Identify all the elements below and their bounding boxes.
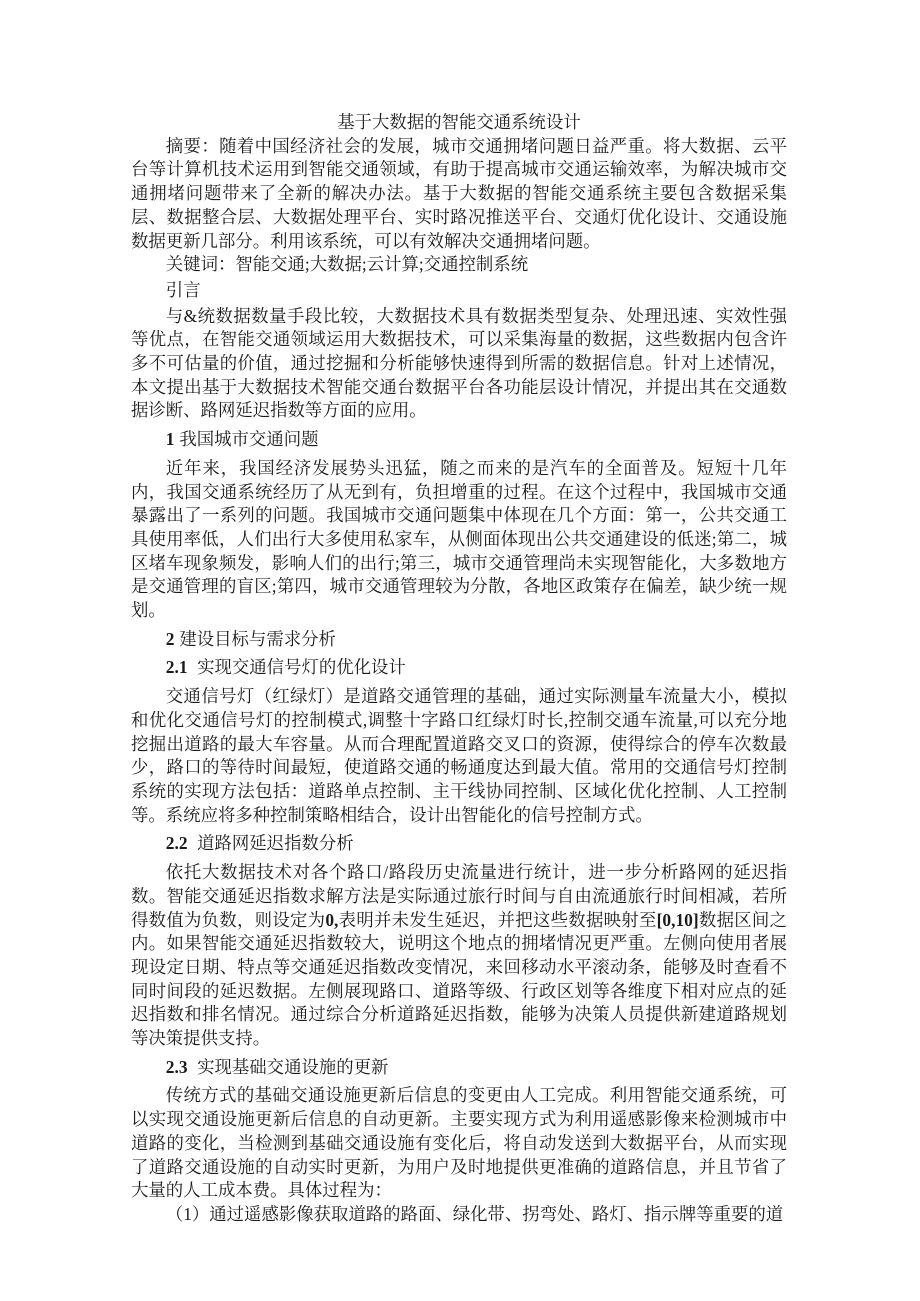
keywords-line: 关键词：智能交通;大数据;云计算;交通控制系统: [131, 253, 787, 277]
section-1-heading-run: 1: [166, 429, 175, 449]
section-2-1-heading: 2.1实现交通信号灯的优化设计: [131, 656, 787, 680]
document-body: 基于大数据的智能交通系统设计 摘要：随着中国经济社会的发展，城市交通拥堵问题日益…: [0, 0, 920, 1227]
section-2-2-paragraph-run: 表明并未发生延迟，并把这些数据映射至: [338, 910, 656, 930]
section-2-3-paragraph: 传统方式的基础交通设施更新后信息的变更由人工完成。利用智能交通系统，可以实现交通…: [131, 1084, 787, 1203]
section-2-1-heading-run: 2.1: [166, 657, 188, 677]
section-2-1-heading-run: 实现交通信号灯的优化设计: [197, 657, 406, 677]
section-1-heading: 1我国城市交通问题: [131, 428, 787, 452]
section-2-2-paragraph-run: 数据区间之内。如果智能交通延迟指数较大，说明这个地点的拥堵情况更严重。左侧向使用…: [131, 910, 787, 1049]
keywords-line-run: 关键词：智能交通;大数据;云计算;交通控制系统: [166, 254, 528, 274]
section-2-2-paragraph-run: [0,10]: [657, 910, 699, 930]
section-2-2-heading: 2.2道路网延迟指数分析: [131, 832, 787, 856]
section-1-heading-run: 我国城市交通问题: [179, 429, 318, 449]
section-1-paragraph-run: 近年来，我国经济发展势头迅猛，随之而来的是汽车的全面普及。短短十几年内，我国交通…: [131, 458, 787, 620]
section-2-2-heading-run: 道路网延迟指数分析: [197, 833, 354, 853]
section-2-3-paragraph-run: 传统方式的基础交通设施更新后信息的变更由人工完成。利用智能交通系统，可以实现交通…: [131, 1085, 787, 1200]
section-2-heading-run: 建设目标与需求分析: [179, 629, 336, 649]
section-2-3-heading-run: 2.3: [166, 1057, 188, 1077]
section-2-2-paragraph-run: 0,: [325, 910, 338, 930]
document-page: 基于大数据的智能交通系统设计 摘要：随着中国经济社会的发展，城市交通拥堵问题日益…: [0, 0, 920, 1301]
intro-heading-run: 引言: [166, 280, 201, 300]
abstract-paragraph-run: 摘要：随着中国经济社会的发展，城市交通拥堵问题日益严重。将大数据、云平台等计算机…: [131, 136, 787, 251]
section-2-heading-run: 2: [166, 629, 175, 649]
section-1-paragraph: 近年来，我国经济发展势头迅猛，随之而来的是汽车的全面普及。短短十几年内，我国交通…: [131, 457, 787, 623]
intro-paragraph-run: 与&统数据数量手段比较，大数据技术具有数据类型复杂、处理迅速、实效性强等优点，在…: [131, 306, 787, 421]
section-2-3-heading: 2.3实现基础交通设施的更新: [131, 1056, 787, 1080]
list-item-1: （1）通过遥感影像获取道路的路面、绿化带、拐弯处、路灯、指示牌等重要的道: [131, 1203, 787, 1227]
section-2-1-paragraph-run: 交通信号灯（红绿灯）是道路交通管理的基础，通过实际测量车流量大小，模拟和优化交通…: [131, 686, 787, 825]
section-2-2-paragraph: 依托大数据技术对各个路口/路段历史流量进行统计，进一步分析路网的延迟指数。智能交…: [131, 861, 787, 1051]
abstract-paragraph: 摘要：随着中国经济社会的发展，城市交通拥堵问题日益严重。将大数据、云平台等计算机…: [131, 135, 787, 254]
intro-paragraph: 与&统数据数量手段比较，大数据技术具有数据类型复杂、处理迅速、实效性强等优点，在…: [131, 305, 787, 424]
list-item-1-run: （1）通过遥感影像获取道路的路面、绿化带、拐弯处、路灯、指示牌等重要的道: [166, 1204, 783, 1224]
document-title: 基于大数据的智能交通系统设计: [131, 111, 787, 135]
section-2-3-heading-run: 实现基础交通设施的更新: [197, 1057, 388, 1077]
section-2-2-heading-run: 2.2: [166, 833, 188, 853]
intro-heading: 引言: [131, 279, 787, 303]
section-2-1-paragraph: 交通信号灯（红绿灯）是道路交通管理的基础，通过实际测量车流量大小，模拟和优化交通…: [131, 685, 787, 827]
section-2-heading: 2建设目标与需求分析: [131, 628, 787, 652]
